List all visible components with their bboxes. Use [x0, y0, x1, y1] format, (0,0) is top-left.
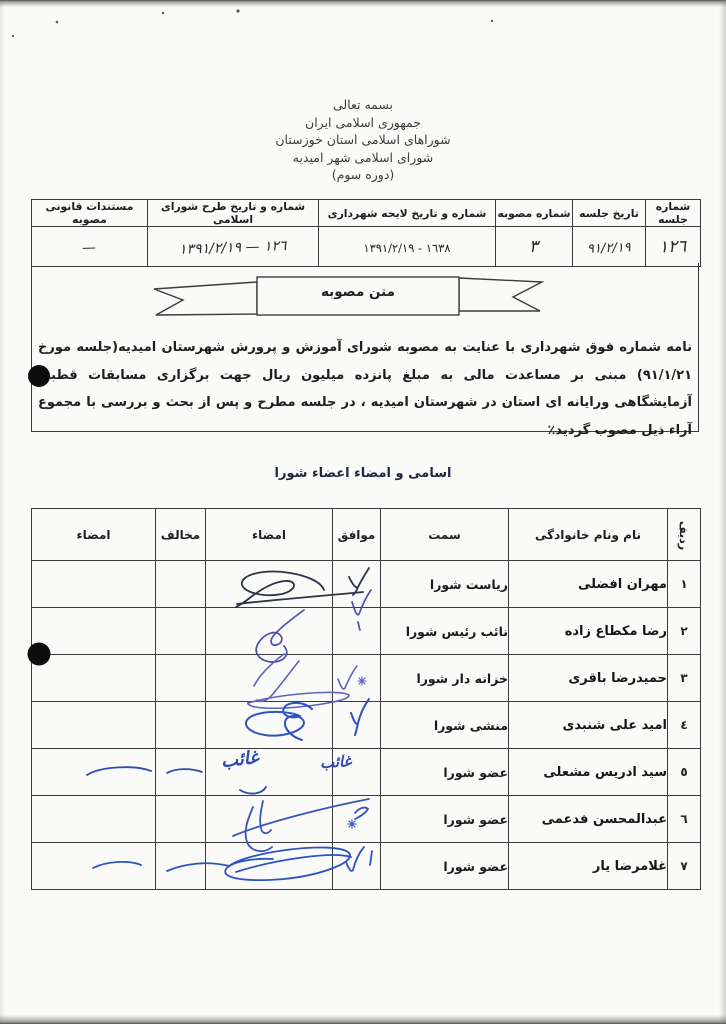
- row-no: ٧: [668, 843, 701, 890]
- meta-header-legal-basis: مستندات قانونی مصوبه: [32, 200, 148, 227]
- col-header-signature2: امضاء: [32, 509, 156, 561]
- member-row: ٤ امید علی شنبدی منشی شورا: [32, 702, 701, 749]
- letterhead: بسمه تعالی جمهوری اسلامی ایران شوراهای ا…: [0, 96, 726, 184]
- row-no: ٣: [668, 655, 701, 702]
- meta-value-bill-no-date: ١٦٣٨ - ١٣٩١/٢/١٩: [319, 227, 496, 267]
- oppose-cell: [156, 655, 206, 702]
- absent-note-agree-row5: غائب: [319, 752, 352, 772]
- signature2-cell: [32, 608, 156, 655]
- signature2-cell: [32, 796, 156, 843]
- letterhead-term: (دوره سوم): [0, 166, 726, 184]
- oppose-cell: [156, 796, 206, 843]
- member-row: ٣ حمیدرضا باقری خزانه دار شورا: [32, 655, 701, 702]
- signature2-cell: [32, 843, 156, 890]
- member-role: منشی شورا: [381, 702, 509, 749]
- col-header-row-no: ردیف: [668, 509, 701, 561]
- row-no: ٤: [668, 702, 701, 749]
- ribbon-right-tail: [459, 278, 542, 311]
- member-role: ریاست شورا: [381, 561, 509, 608]
- agree-cell: [333, 655, 381, 702]
- signature-cell: [206, 655, 333, 702]
- oppose-cell: [156, 749, 206, 796]
- agree-cell: [333, 608, 381, 655]
- agree-cell: [333, 843, 381, 890]
- meta-header-bill-no-date: شماره و تاریخ لایحه شهرداری: [319, 200, 496, 227]
- meta-value-legal-basis: —: [32, 227, 148, 267]
- col-header-signature: امضاء: [206, 509, 333, 561]
- member-role: خزانه دار شورا: [381, 655, 509, 702]
- letterhead-city-council: شورای اسلامی شهر امیدیه: [0, 149, 726, 167]
- oppose-cell: [156, 608, 206, 655]
- oppose-cell: [156, 843, 206, 890]
- oppose-cell: [156, 561, 206, 608]
- signature-cell: [206, 796, 333, 843]
- members-signature-table: ردیف نام ونام خانوادگی سمت موافق امضاء م…: [31, 508, 701, 890]
- members-section-title: اسامی و امضاء اعضاء شورا: [0, 466, 726, 481]
- signature2-cell: [32, 702, 156, 749]
- member-name: رضا مکطاع زاده: [509, 608, 668, 655]
- member-name: عبدالمحسن فدعمی: [509, 796, 668, 843]
- members-header-row: ردیف نام ونام خانوادگی سمت موافق امضاء م…: [32, 509, 701, 561]
- member-role: عضو شورا: [381, 843, 509, 890]
- row-no: ٢: [668, 608, 701, 655]
- row-no: ٦: [668, 796, 701, 843]
- member-row: ٧ غلامرضا یار عضو شورا: [32, 843, 701, 890]
- row-no: ٥: [668, 749, 701, 796]
- col-header-role: سمت: [381, 509, 509, 561]
- member-name: حمیدرضا باقری: [509, 655, 668, 702]
- scan-edge-top: [0, 0, 726, 7]
- resolution-meta-table: شماره جلسه تاریخ جلسه شماره مصوبه شماره …: [31, 199, 701, 267]
- member-role: نائب رئیس شورا: [381, 608, 509, 655]
- meta-header-plan-no-date: شماره و تاریخ طرح شورای اسلامی: [148, 200, 319, 227]
- oppose-cell: [156, 702, 206, 749]
- member-name: مهران افضلی: [509, 561, 668, 608]
- resolution-title: متن مصوبه: [255, 284, 461, 300]
- agree-cell: [333, 561, 381, 608]
- letterhead-province-councils: شوراهای اسلامی استان خوزستان: [0, 131, 726, 149]
- member-role: عضو شورا: [381, 796, 509, 843]
- ribbon-left-tail: [154, 282, 257, 315]
- resolution-text: نامه شماره فوق شهرداری با عنایت به مصوبه…: [38, 334, 692, 444]
- letterhead-bismillah: بسمه تعالی: [0, 96, 726, 114]
- member-name: غلامرضا یار: [509, 843, 668, 890]
- member-name: امید علی شنبدی: [509, 702, 668, 749]
- col-header-name: نام ونام خانوادگی: [509, 509, 668, 561]
- signature-cell: [206, 843, 333, 890]
- member-row: ١ مهران افضلی ریاست شورا: [32, 561, 701, 608]
- member-row: ٦ عبدالمحسن فدعمی عضو شورا: [32, 796, 701, 843]
- meta-header-session-date: تاریخ جلسه: [573, 200, 646, 227]
- meta-value-plan-no-date: ١٢٦ — ١٣٩١/٢/١٩: [148, 227, 319, 267]
- agree-cell: [333, 702, 381, 749]
- signature2-cell: [32, 749, 156, 796]
- col-header-agree: موافق: [333, 509, 381, 561]
- letterhead-country: جمهوری اسلامی ایران: [0, 114, 726, 132]
- signature2-cell: [32, 561, 156, 608]
- meta-header-session-no: شماره جلسه: [646, 200, 701, 227]
- signature2-cell: [32, 655, 156, 702]
- scanned-council-resolution-page: { "letterhead": { "line1": "بسمه تعالی",…: [0, 0, 726, 1024]
- signature-cell: [206, 561, 333, 608]
- agree-cell: [333, 796, 381, 843]
- signature-cell: [206, 608, 333, 655]
- col-header-oppose: مخالف: [156, 509, 206, 561]
- member-row: ٥ سید ادریس مشعلی عضو شورا: [32, 749, 701, 796]
- row-no: ١: [668, 561, 701, 608]
- meta-value-session-no: ١٢٦: [646, 227, 701, 267]
- member-role: عضو شورا: [381, 749, 509, 796]
- meta-value-session-date: ٩١/٢/١٩: [573, 227, 646, 267]
- signature-cell: [206, 702, 333, 749]
- scan-edge-bottom: [0, 1015, 726, 1024]
- member-row: ٢ رضا مکطاع زاده نائب رئیس شورا: [32, 608, 701, 655]
- meta-header-resolution-no: شماره مصوبه: [496, 200, 573, 227]
- meta-value-resolution-no: ٣: [496, 227, 573, 267]
- scan-specks: [12, 9, 493, 37]
- member-name: سید ادریس مشعلی: [509, 749, 668, 796]
